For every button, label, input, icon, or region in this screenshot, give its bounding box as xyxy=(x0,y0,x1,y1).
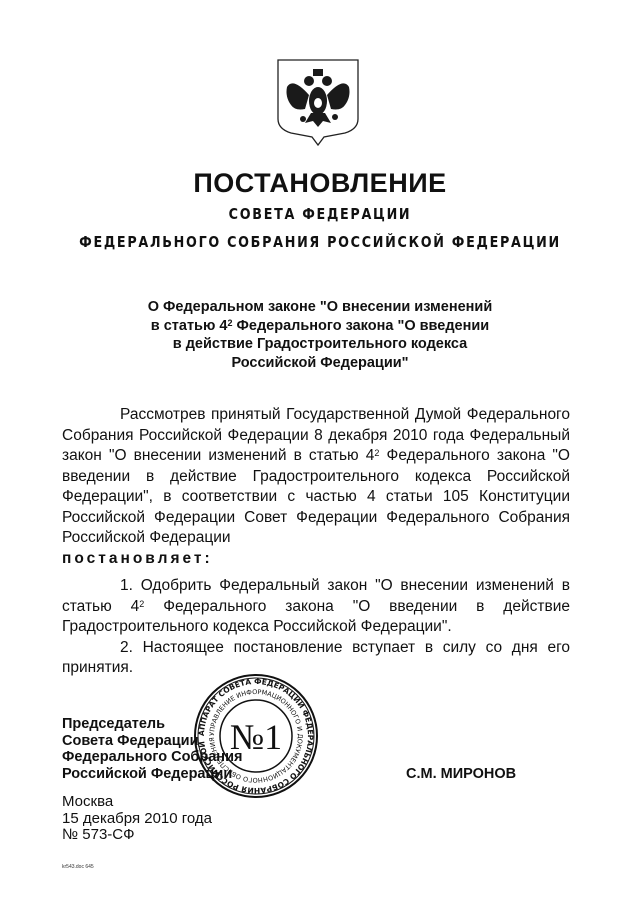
preamble-paragraph: Рассмотрев принятый Государственной Думо… xyxy=(62,405,570,569)
file-reference: kr543.doc 645 xyxy=(62,864,94,870)
heading-text: Федерального закона "О введении xyxy=(232,318,489,334)
resolution-heading: О Федеральном законе "О внесении изменен… xyxy=(100,298,540,372)
coat-of-arms-emblem xyxy=(275,57,361,147)
city: Москва xyxy=(62,794,212,811)
document-title: ПОСТАНОВЛЕНИЕ xyxy=(0,168,640,199)
official-stamp: АППАРАТ СОВЕТА ФЕДЕРАЦИИ ФЕДЕРАЛЬНОГО СО… xyxy=(193,673,319,799)
heading-line-2: в статью 42 Федерального закона "О введе… xyxy=(100,317,540,336)
heading-line-3: в действие Градостроительного кодекса xyxy=(100,335,540,354)
document-number: № 573-СФ xyxy=(62,827,212,844)
issuer-line-2: ФЕДЕРАЛЬНОГО СОБРАНИЯ РОССИЙСКОЙ ФЕДЕРАЦ… xyxy=(48,233,592,251)
round-seal-icon: АППАРАТ СОВЕТА ФЕДЕРАЦИИ ФЕДЕРАЛЬНОГО СО… xyxy=(193,673,319,799)
resolution-items: 1. Одобрить Федеральный закон "О внесени… xyxy=(62,576,570,679)
date: 15 декабря 2010 года xyxy=(62,811,212,828)
superscript: 2 xyxy=(139,599,144,609)
place-and-date: Москва 15 декабря 2010 года № 573-СФ xyxy=(62,794,212,844)
signatory-name: С.М. МИРОНОВ xyxy=(406,766,516,782)
double-headed-eagle-icon xyxy=(275,57,361,147)
item-1: 1. Одобрить Федеральный закон "О внесени… xyxy=(62,576,570,638)
issuer-line-1: СОВЕТА ФЕДЕРАЦИИ xyxy=(48,205,592,223)
superscript: 2 xyxy=(227,318,232,328)
stamp-number: №1 xyxy=(230,717,282,757)
superscript: 2 xyxy=(374,448,379,458)
decree-word: постановляет: xyxy=(62,549,570,570)
heading-line-4: Российской Федерации" xyxy=(100,354,540,373)
heading-text: в статью 4 xyxy=(151,318,228,334)
heading-line-1: О Федеральном законе "О внесении изменен… xyxy=(100,298,540,317)
